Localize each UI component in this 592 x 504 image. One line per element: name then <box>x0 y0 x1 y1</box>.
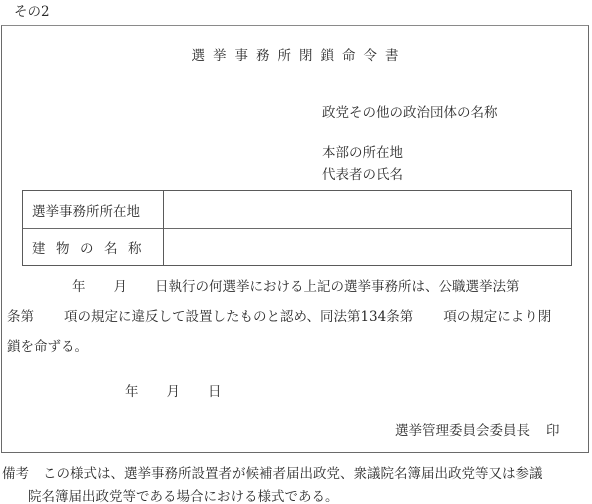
order-body-line-2: 条第項の規定に違反して設置したものと認め、同法第134条第項の規定により閉 <box>7 305 551 325</box>
building-name-label: 建物の名称 <box>23 228 164 265</box>
body-line2-part3: 項の規定により閉 <box>443 309 551 325</box>
issue-date: 年月日 <box>125 380 222 400</box>
signature-line: 選挙管理委員会委員長印 <box>395 419 560 439</box>
body-line1-text: 日執行の何選挙における上記の選挙事務所は、公職選挙法第 <box>155 279 520 295</box>
table-row-office-location: 選挙事務所所在地 <box>23 191 571 229</box>
form-number: その2 <box>14 0 50 20</box>
order-body-line-3: 鎖を命ずる。 <box>7 335 88 355</box>
representative-label: 代表者の氏名 <box>322 163 403 183</box>
party-name-label: 政党その他の政治団体の名称 <box>322 101 498 121</box>
date-month: 月 <box>167 384 181 400</box>
seal-mark: 印 <box>546 423 560 439</box>
office-location-value <box>164 191 571 228</box>
note-line-2: 院名簿届出政党等である場合における様式である。 <box>28 485 339 504</box>
body-line2-part2: 項の規定に違反して設置したものと認め、同法第134条第 <box>64 309 413 325</box>
order-body-line-1: 年月日執行の何選挙における上記の選挙事務所は、公職選挙法第 <box>72 275 520 295</box>
date-year: 年 <box>125 384 139 400</box>
note-line-1: 備考この様式は、選挙事務所設置者が候補者届出政党、衆議院名簿届出政党等又は参議 <box>2 462 543 482</box>
note-label: 備考 <box>2 466 29 482</box>
body-year: 年 <box>72 279 86 295</box>
headquarters-label: 本部の所在地 <box>322 141 403 161</box>
document-title: 選挙事務所閉鎖命令書 <box>0 44 592 64</box>
building-name-value <box>164 228 571 265</box>
body-month: 月 <box>114 279 128 295</box>
body-line2-part1: 条第 <box>7 309 34 325</box>
office-info-table: 選挙事務所所在地 建物の名称 <box>22 190 572 266</box>
office-location-label: 選挙事務所所在地 <box>23 191 164 228</box>
signatory-title: 選挙管理委員会委員長 <box>395 423 530 439</box>
note-text-1: この様式は、選挙事務所設置者が候補者届出政党、衆議院名簿届出政党等又は参議 <box>43 466 543 482</box>
table-row-building-name: 建物の名称 <box>23 228 571 265</box>
date-day: 日 <box>208 384 222 400</box>
